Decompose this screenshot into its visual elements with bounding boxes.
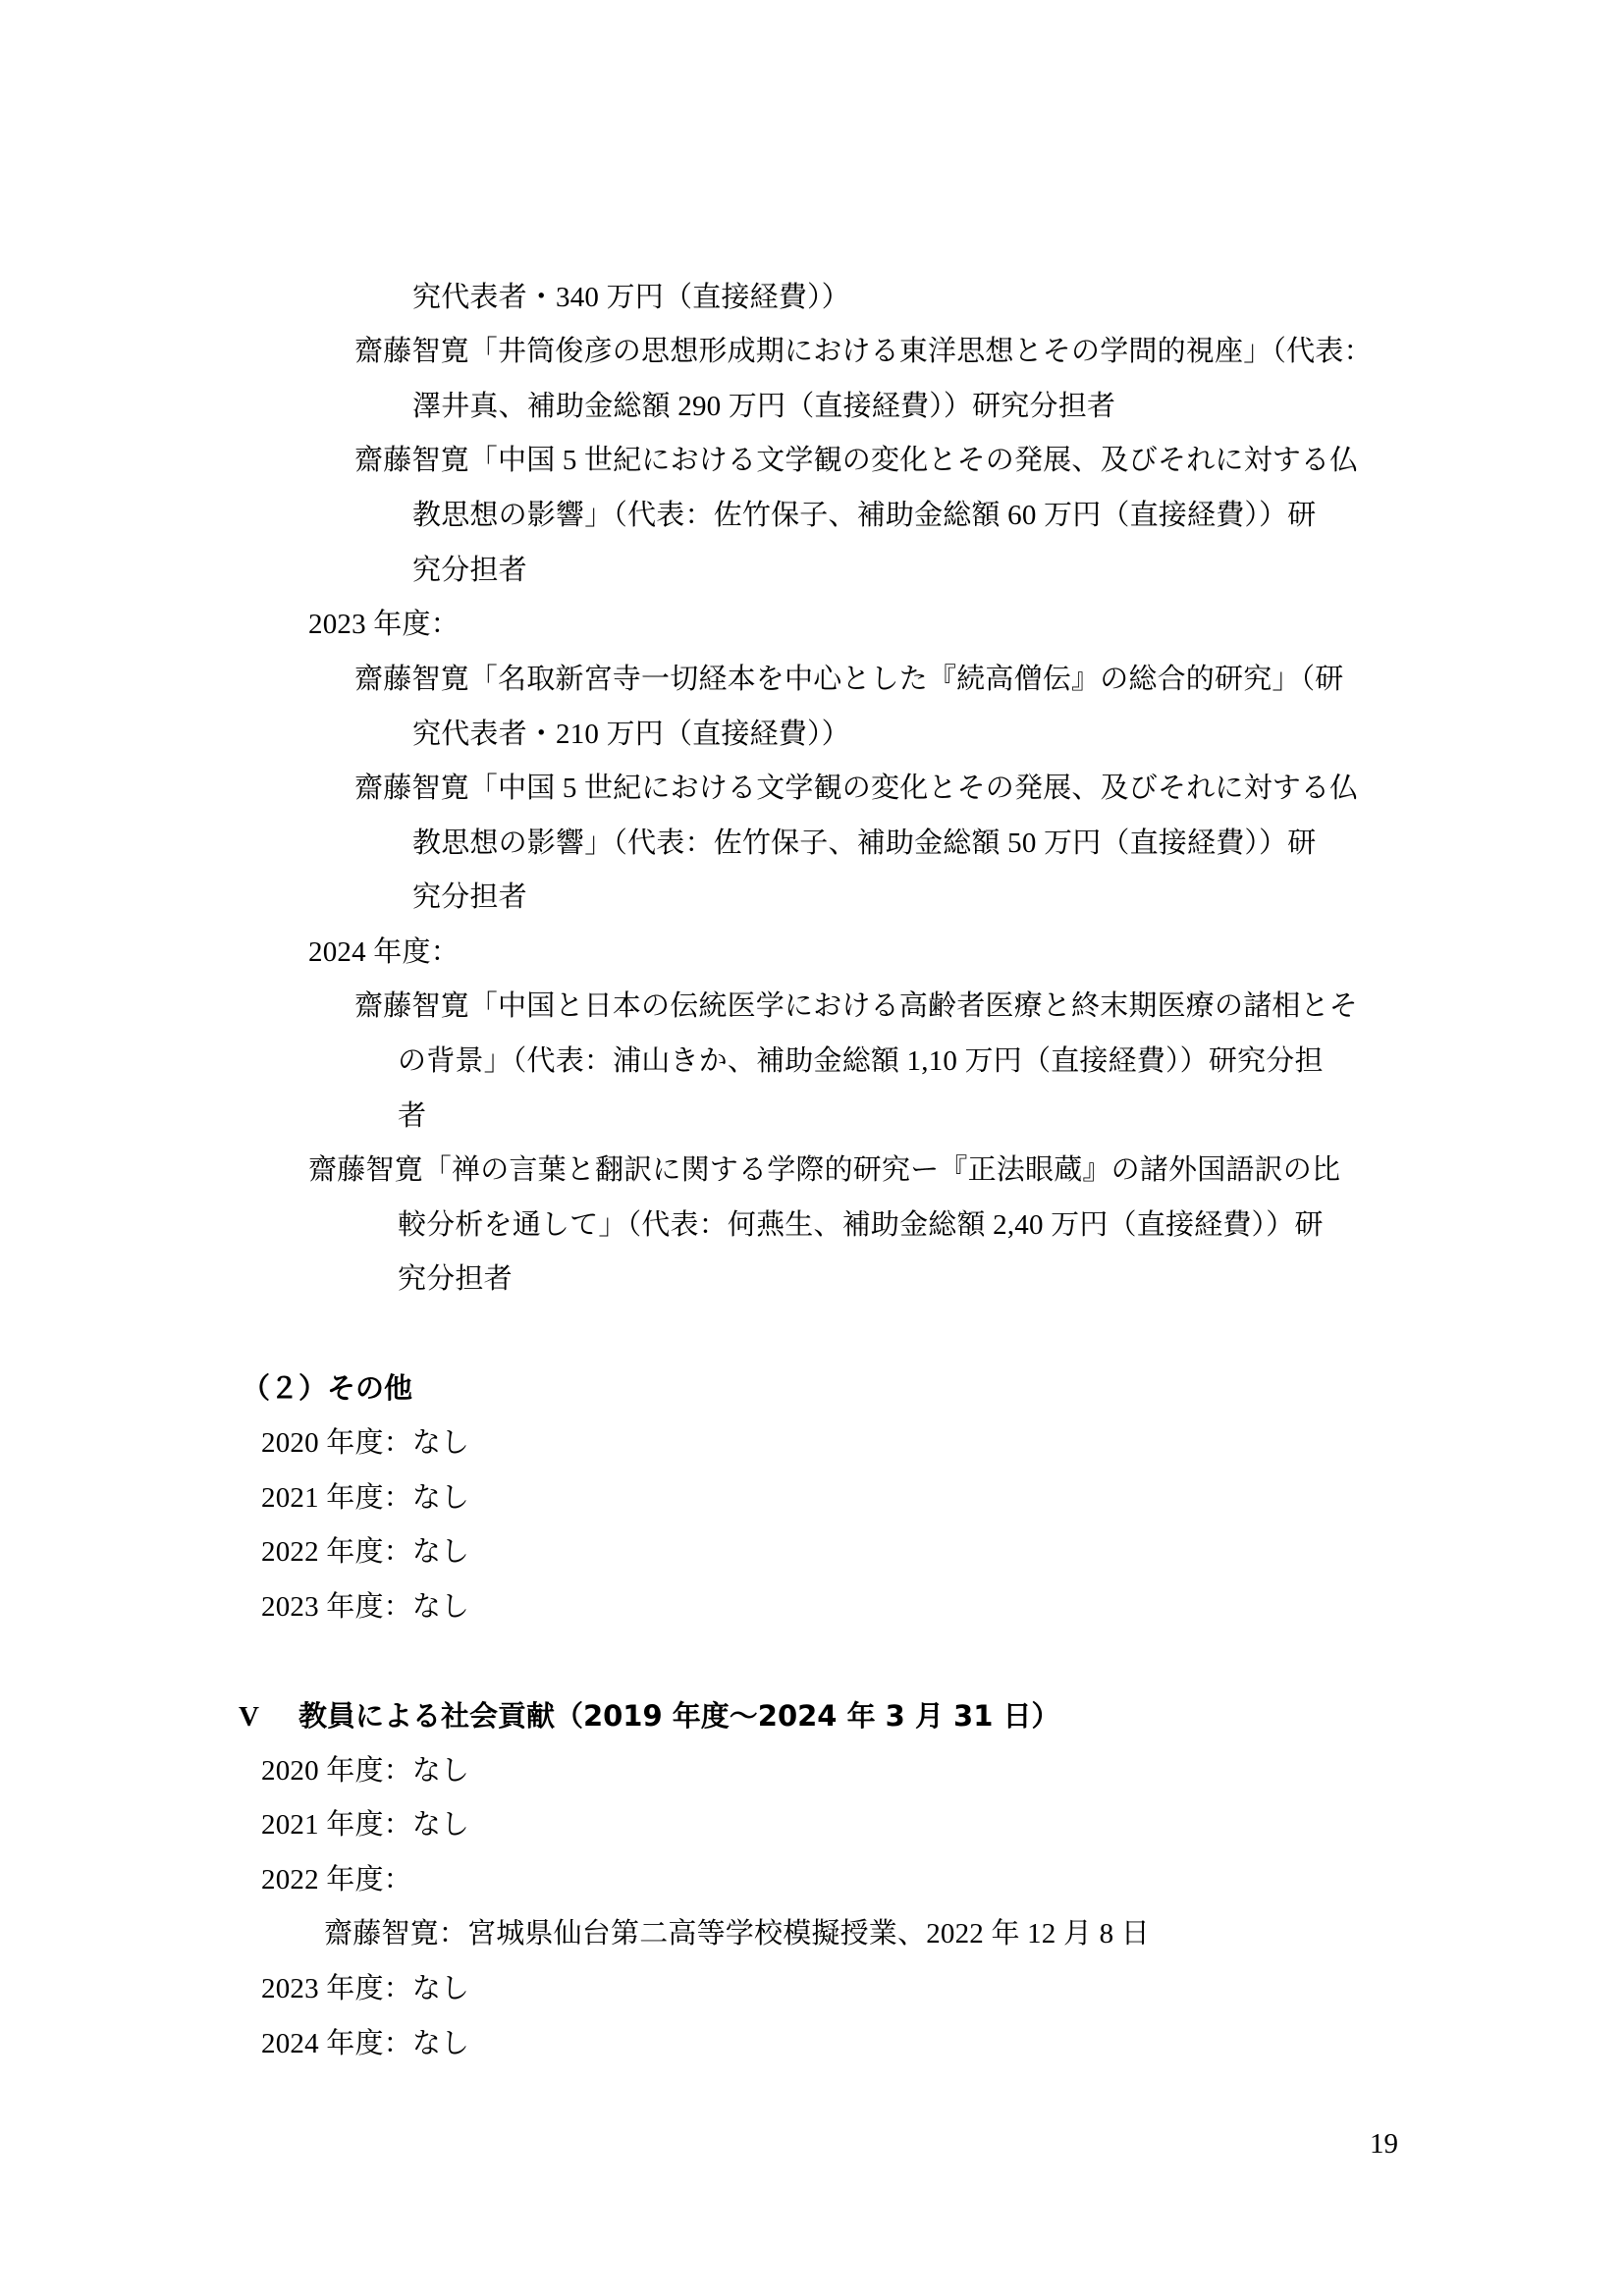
list-item: 2024 年度：なし xyxy=(261,2024,469,2063)
entry-line: 教思想の影響」（代表：佐竹保子、補助金総額 50 万円（直接経費））研 xyxy=(412,824,1317,863)
list-item: 2020 年度：なし xyxy=(261,1751,469,1790)
list-item: 2023 年度：なし xyxy=(261,1587,469,1627)
section-title: 教員による社会貢献（2019 年度～2024 年 3 月 31 日） xyxy=(298,1699,1060,1733)
section-heading-other: （２）その他 xyxy=(242,1368,412,1408)
entry-line: 究代表者・340 万円（直接経費）） xyxy=(412,278,850,317)
entry-line: 齋藤智寛「中国 5 世紀における文学観の変化とその発展、及びそれに対する仏 xyxy=(354,441,1358,480)
entry-line: 齋藤智寛「中国と日本の伝統医学における高齢者医療と終末期医療の諸相とそ xyxy=(354,987,1358,1026)
year-label-2024: 2024 年度： xyxy=(308,933,460,972)
entry-line: 較分析を通して」（代表：何燕生、補助金総額 2,40 万円（直接経費））研 xyxy=(398,1205,1324,1245)
list-item: 2020 年度：なし xyxy=(261,1423,469,1463)
list-item: 2021 年度：なし xyxy=(261,1478,469,1518)
list-item: 2023 年度：なし xyxy=(261,1969,469,2008)
list-item-detail: 齋藤智寛：宮城県仙台第二高等学校模擬授業、2022 年 12 月 8 日 xyxy=(324,1914,1150,1953)
section-heading-v: V教員による社会貢献（2019 年度～2024 年 3 月 31 日） xyxy=(239,1696,1060,1736)
entry-line: 教思想の影響」（代表：佐竹保子、補助金総額 60 万円（直接経費））研 xyxy=(412,496,1317,535)
list-item: 2021 年度：なし xyxy=(261,1805,469,1844)
entry-line: 者 xyxy=(398,1096,426,1136)
entry-line: の背景」（代表：浦山きか、補助金総額 1,10 万円（直接経費））研究分担 xyxy=(398,1041,1324,1081)
entry-line: 究代表者・210 万円（直接経費）） xyxy=(412,715,850,754)
entry-line: 齋藤智寛「名取新宮寺一切経本を中心とした『続高僧伝』の総合的研究」（研 xyxy=(354,660,1344,699)
year-label-2023: 2023 年度： xyxy=(308,605,460,644)
list-item: 2022 年度：なし xyxy=(261,1532,469,1572)
entry-line: 究分担者 xyxy=(398,1259,513,1299)
entry-line: 齋藤智寛「中国 5 世紀における文学観の変化とその発展、及びそれに対する仏 xyxy=(354,769,1358,808)
entry-line: 齋藤智寛「禅の言葉と翻訳に関する学際的研究ー『正法眼蔵』の諸外国語訳の比 xyxy=(308,1150,1340,1190)
entry-line: 澤井真、補助金総額 290 万円（直接経費））研究分担者 xyxy=(412,387,1115,426)
document-page: 究代表者・340 万円（直接経費）） 齋藤智寛「井筒俊彦の思想形成期における東洋… xyxy=(0,0,1624,2296)
list-item: 2022 年度： xyxy=(261,1860,412,1899)
section-numeral: V xyxy=(239,1701,259,1733)
entry-line: 究分担者 xyxy=(412,878,527,917)
page-number: 19 xyxy=(1370,2124,1398,2163)
entry-line: 究分担者 xyxy=(412,551,527,590)
entry-line: 齋藤智寛「井筒俊彦の思想形成期における東洋思想とその学問的視座」（代表： xyxy=(354,332,1373,371)
